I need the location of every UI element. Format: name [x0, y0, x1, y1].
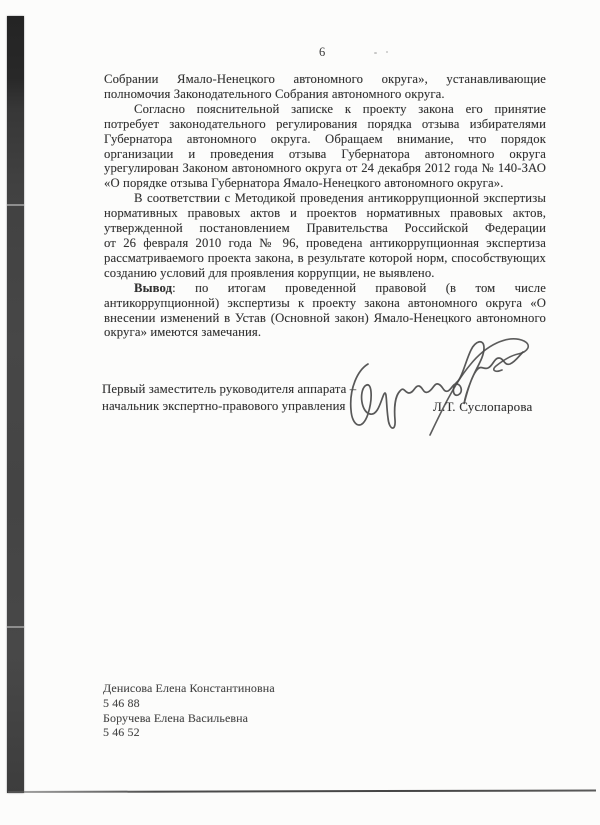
text-line: : по итогам проведенной правовой (в том …	[172, 281, 546, 295]
contact-phone: 5 46 52	[103, 725, 275, 740]
text-line: антикоррупционной) экспертизы к проекту …	[104, 296, 546, 311]
paragraph-2: Согласно пояснительной записке к проекту…	[104, 102, 546, 191]
text-line: потребует законодательного регулирования…	[104, 117, 546, 132]
text-line: полномочия Законодательного Собрания авт…	[104, 87, 546, 102]
handwritten-signature	[338, 336, 543, 438]
scan-speck	[386, 51, 388, 53]
contact-phone: 5 46 88	[103, 696, 275, 711]
contact-block: Денисова Елена Константиновна 5 46 88 Бо…	[103, 681, 275, 740]
text-line: рассматриваемого проекта закона, в резул…	[104, 251, 546, 266]
paragraph-4-conclusion: Вывод: по итогам проведенной правовой (в…	[104, 281, 546, 341]
contact-name: Денисова Елена Константиновна	[103, 681, 275, 696]
text-line: нормативных правовых актов и проектов но…	[104, 206, 546, 221]
scanned-document-page: 6 Собрании Ямало-Ненецкого автономного о…	[0, 0, 600, 825]
strip-notch	[7, 626, 24, 628]
signer-title: Первый заместитель руководителя аппарата…	[102, 381, 372, 414]
signer-name: Л.Т. Суслопарова	[433, 399, 532, 415]
text-line: созданию условий для проявления коррупци…	[104, 266, 546, 281]
paragraph-1: Собрании Ямало-Ненецкого автономного окр…	[104, 72, 546, 102]
contact-name: Боручева Елена Васильевна	[103, 711, 275, 726]
document-body: Собрании Ямало-Ненецкого автономного окр…	[104, 72, 546, 340]
text-line: от 26 февраля 2010 года № 96, проведена …	[104, 236, 546, 251]
text-line: организации и проведения отзыва Губернат…	[104, 147, 546, 162]
text-line: Согласно пояснительной записке к проекту…	[104, 102, 546, 117]
signer-title-line: Первый заместитель руководителя аппарата…	[102, 381, 372, 398]
text-line: Собрании Ямало-Ненецкого автономного окр…	[104, 72, 546, 87]
text-line: урегулирован Законом автономного округа …	[104, 161, 546, 176]
signer-title-line: начальник экспертно-правового управления	[102, 398, 372, 415]
scan-page-edge-line	[8, 789, 596, 793]
text-line: утвержденной постановлением Правительств…	[104, 221, 546, 236]
page-number: 6	[319, 45, 325, 60]
conclusion-term: Вывод	[134, 281, 172, 295]
strip-notch	[7, 204, 24, 206]
scan-speck	[374, 52, 377, 54]
scan-binding-strip	[7, 16, 24, 793]
text-line: Губернатора автономного округа. Обращаем…	[104, 132, 546, 147]
text-line: внесении изменений в Устав (Основной зак…	[104, 311, 546, 326]
text-line: Вывод: по итогам проведенной правовой (в…	[104, 281, 546, 296]
text-line: В соответствии с Методикой проведения ан…	[104, 191, 546, 206]
paragraph-3: В соответствии с Методикой проведения ан…	[104, 191, 546, 280]
text-line: «О порядке отзыва Губернатора Ямало-Нене…	[104, 176, 546, 191]
